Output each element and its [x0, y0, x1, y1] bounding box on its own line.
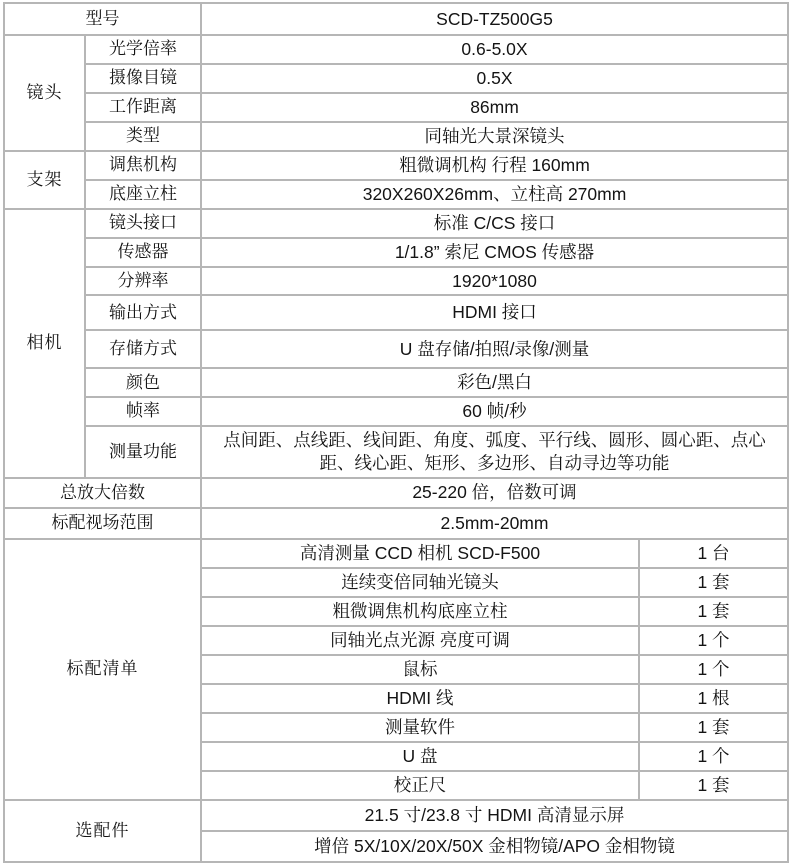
- model-value: SCD-TZ500G5: [201, 3, 788, 35]
- value-total-magnification: 25-220 倍，倍数可调: [201, 478, 788, 508]
- table-row: 帧率 60 帧/秒: [4, 397, 788, 426]
- label-storage-mode: 存储方式: [85, 330, 201, 368]
- label-lens-type: 类型: [85, 122, 201, 151]
- value-measure-functions: 点间距、点线距、线间距、角度、弧度、平行线、圆形、圆心距、点心距、线心距、矩形、…: [201, 426, 788, 478]
- spec-sheet: 型号 SCD-TZ500G5 镜头 光学倍率 0.6-5.0X 摄像目镜 0.5…: [0, 0, 790, 866]
- table-row: 摄像目镜 0.5X: [4, 64, 788, 93]
- table-row: 输出方式 HDMI 接口: [4, 295, 788, 330]
- value-base-column: 320X260X26mm、立柱高 270mm: [201, 180, 788, 209]
- value-working-distance: 86mm: [201, 93, 788, 122]
- value-sensor: 1/1.8” 索尼 CMOS 传感器: [201, 238, 788, 267]
- table-row: 底座立柱 320X260X26mm、立柱高 270mm: [4, 180, 788, 209]
- label-color: 颜色: [85, 368, 201, 397]
- table-row: 存储方式 U 盘存储/拍照/录像/测量: [4, 330, 788, 368]
- label-focus-mechanism: 调焦机构: [85, 151, 201, 180]
- value-optional-display: 21.5 寸/23.8 寸 HDMI 高清显示屏: [201, 800, 788, 831]
- value-output-mode: HDMI 接口: [201, 295, 788, 330]
- item-name-coaxial-light: 同轴光点光源 亮度可调: [201, 626, 639, 655]
- label-lens-mount: 镜头接口: [85, 209, 201, 238]
- item-name-focus-base: 粗微调焦机构底座立柱: [201, 597, 639, 626]
- table-row: 标配视场范围 2.5mm-20mm: [4, 508, 788, 539]
- item-name-zoom-lens: 连续变倍同轴光镜头: [201, 568, 639, 597]
- table-row: 型号 SCD-TZ500G5: [4, 3, 788, 35]
- value-optional-objectives: 增倍 5X/10X/20X/50X 金相物镜/APO 金相物镜: [201, 831, 788, 862]
- table-row: 分辨率 1920*1080: [4, 267, 788, 296]
- table-row: 类型 同轴光大景深镜头: [4, 122, 788, 151]
- label-resolution: 分辨率: [85, 267, 201, 296]
- item-name-calibration-ruler: 校正尺: [201, 771, 639, 800]
- label-total-magnification: 总放大倍数: [4, 478, 201, 508]
- label-optical-magnification: 光学倍率: [85, 35, 201, 64]
- label-standard-fov: 标配视场范围: [4, 508, 201, 539]
- label-sensor: 传感器: [85, 238, 201, 267]
- table-row: 选配件 21.5 寸/23.8 寸 HDMI 高清显示屏: [4, 800, 788, 831]
- value-lens-type: 同轴光大景深镜头: [201, 122, 788, 151]
- item-name-mouse: 鼠标: [201, 655, 639, 684]
- table-row: 标配清单 高清测量 CCD 相机 SCD-F500 1 台: [4, 539, 788, 568]
- item-qty-calibration-ruler: 1 套: [639, 771, 788, 800]
- label-output-mode: 输出方式: [85, 295, 201, 330]
- item-qty-focus-base: 1 套: [639, 597, 788, 626]
- item-qty-hdmi-cable: 1 根: [639, 684, 788, 713]
- label-frame-rate: 帧率: [85, 397, 201, 426]
- group-label-optional: 选配件: [4, 800, 201, 862]
- value-focus-mechanism: 粗微调机构 行程 160mm: [201, 151, 788, 180]
- table-row: 颜色 彩色/黑白: [4, 368, 788, 397]
- item-qty-usb-drive: 1 个: [639, 742, 788, 771]
- value-frame-rate: 60 帧/秒: [201, 397, 788, 426]
- table-row: 镜头 光学倍率 0.6-5.0X: [4, 35, 788, 64]
- label-working-distance: 工作距离: [85, 93, 201, 122]
- label-camera-eyepiece: 摄像目镜: [85, 64, 201, 93]
- item-name-ccd-camera: 高清测量 CCD 相机 SCD-F500: [201, 539, 639, 568]
- item-name-usb-drive: U 盘: [201, 742, 639, 771]
- table-row: 相机 镜头接口 标准 C/CS 接口: [4, 209, 788, 238]
- table-row: 测量功能 点间距、点线距、线间距、角度、弧度、平行线、圆形、圆心距、点心距、线心…: [4, 426, 788, 478]
- item-qty-ccd-camera: 1 台: [639, 539, 788, 568]
- group-label-stand: 支架: [4, 151, 85, 209]
- product-spec-table: 型号 SCD-TZ500G5 镜头 光学倍率 0.6-5.0X 摄像目镜 0.5…: [3, 2, 789, 863]
- group-label-camera: 相机: [4, 209, 85, 478]
- value-camera-eyepiece: 0.5X: [201, 64, 788, 93]
- table-row: 支架 调焦机构 粗微调机构 行程 160mm: [4, 151, 788, 180]
- table-row: 工作距离 86mm: [4, 93, 788, 122]
- value-lens-mount: 标准 C/CS 接口: [201, 209, 788, 238]
- item-qty-measure-software: 1 套: [639, 713, 788, 742]
- model-label: 型号: [4, 3, 201, 35]
- item-name-hdmi-cable: HDMI 线: [201, 684, 639, 713]
- label-base-column: 底座立柱: [85, 180, 201, 209]
- table-row: 传感器 1/1.8” 索尼 CMOS 传感器: [4, 238, 788, 267]
- value-optical-magnification: 0.6-5.0X: [201, 35, 788, 64]
- item-qty-coaxial-light: 1 个: [639, 626, 788, 655]
- group-label-lens: 镜头: [4, 35, 85, 151]
- label-measure-functions: 测量功能: [85, 426, 201, 478]
- value-standard-fov: 2.5mm-20mm: [201, 508, 788, 539]
- value-storage-mode: U 盘存储/拍照/录像/测量: [201, 330, 788, 368]
- value-color: 彩色/黑白: [201, 368, 788, 397]
- table-row: 总放大倍数 25-220 倍，倍数可调: [4, 478, 788, 508]
- item-name-measure-software: 测量软件: [201, 713, 639, 742]
- value-resolution: 1920*1080: [201, 267, 788, 296]
- group-label-standard-list: 标配清单: [4, 539, 201, 800]
- item-qty-zoom-lens: 1 套: [639, 568, 788, 597]
- item-qty-mouse: 1 个: [639, 655, 788, 684]
